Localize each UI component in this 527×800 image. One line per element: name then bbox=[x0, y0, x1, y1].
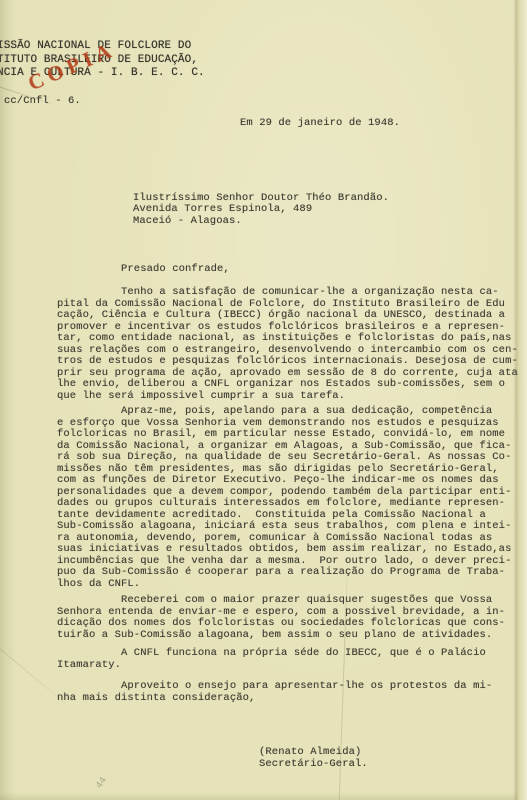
body-paragraph-1: Tenho a satisfação de comunicar-lhe a or… bbox=[57, 287, 518, 402]
recipient-address: Ilustríssimo Senhor Doutor Théo Brandão.… bbox=[133, 193, 389, 227]
body-paragraph-2: Apraz-me, pois, apelando para a sua dedi… bbox=[57, 406, 511, 590]
date-line: Em 29 de janeiro de 1948. bbox=[240, 118, 400, 130]
recipient-city: Maceió - Alagoas. bbox=[133, 215, 242, 227]
recipient-street: Avenida Torres Espinola, 489 bbox=[133, 203, 312, 215]
body-paragraph-3: Receberei com o maior prazer quaisquer s… bbox=[57, 595, 505, 641]
letter-page: ISSÃO NACIONAL DE FOLCLORE DOTITUTO BRAS… bbox=[0, 0, 527, 800]
pencil-mark: 44 bbox=[94, 775, 109, 790]
signature-title: Secretário-Geral. bbox=[259, 758, 368, 770]
signature-block: (Renato Almeida)Secretário-Geral. bbox=[259, 747, 368, 771]
signature-name: (Renato Almeida) bbox=[259, 746, 361, 758]
body-paragraph-4: A CNFL funciona na própria séde do IBECC… bbox=[57, 648, 486, 671]
closing-paragraph: Aproveito o ensejo para apresentar-lhe o… bbox=[57, 681, 492, 704]
reference-number: cc/Cnfl - 6. bbox=[4, 96, 81, 108]
salutation: Presado confrade, bbox=[57, 264, 230, 276]
